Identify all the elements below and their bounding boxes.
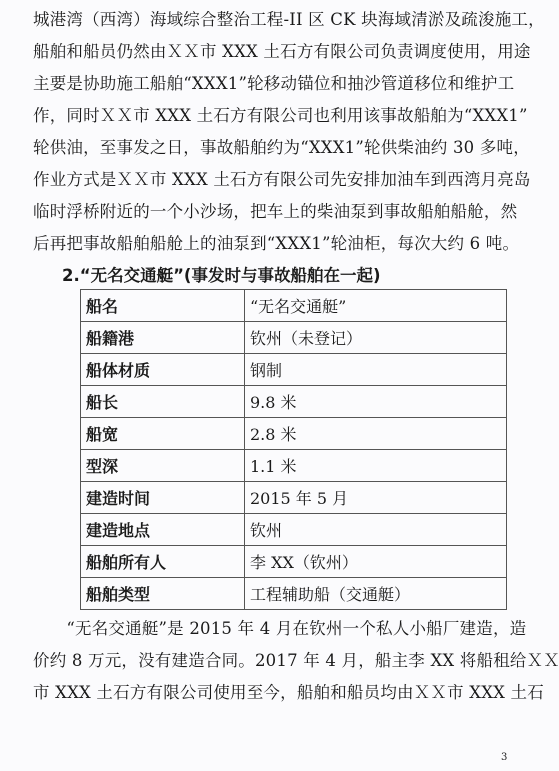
text-line: 主要是协助施工船舶“XXX1”轮移动锚位和抽沙管道移位和维护工 [33,68,511,100]
table-row: 船宽 2.8 米 [81,418,507,450]
row-key: 船名 [81,290,245,322]
row-value: 工程辅助船（交通艇） [245,578,507,610]
text-line: 轮供油，至事发之日，事故船舶约为“XXX1”轮供柴油约 30 多吨， [33,132,511,164]
row-value: 2.8 米 [245,418,507,450]
text-line: “无名交通艇”是 2015 年 4 月在钦州一个私人小船厂建造，造 [33,613,511,645]
text-line: 临时浮桥附近的一个小沙场，把车上的柴油泵到事故船舶船舱，然 [33,196,511,228]
row-key: 船体材质 [81,354,245,386]
table-row: 建造地点 钦州 [81,514,507,546]
row-key: 型深 [81,450,245,482]
row-value: 李 XX（钦州） [245,546,507,578]
row-key: 船长 [81,386,245,418]
section-heading: 2.“无名交通艇”(事发时与事故船舶在一起) [62,260,381,292]
table-row: 船体材质 钢制 [81,354,507,386]
table-row: 船长 9.8 米 [81,386,507,418]
paragraph-fuel-operations: 城港湾（西湾）海域综合整治工程-II 区 CK 块海域清淤及疏浚施工， 船舶和船… [33,4,511,260]
row-value: 1.1 米 [245,450,507,482]
text-line: 市 XXX 土石方有限公司使用至今，船舶和船员均由ＸＸ市 XXX 土石 [33,677,511,709]
row-value: 9.8 米 [245,386,507,418]
text-line: 城港湾（西湾）海域综合整治工程-II 区 CK 块海域清淤及疏浚施工， [33,4,511,36]
row-value: 钢制 [245,354,507,386]
row-value: 钦州 [245,514,507,546]
row-value: 钦州（未登记） [245,322,507,354]
table-row: 船舶类型 工程辅助船（交通艇） [81,578,507,610]
row-key: 建造地点 [81,514,245,546]
table-row: 船籍港 钦州（未登记） [81,322,507,354]
table-row: 型深 1.1 米 [81,450,507,482]
row-key: 建造时间 [81,482,245,514]
text-line: 作，同时ＸＸ市 XXX 土石方有限公司也利用该事故船舶为“XXX1” [33,100,511,132]
row-key: 船宽 [81,418,245,450]
row-key: 船舶类型 [81,578,245,610]
row-value: 2015 年 5 月 [245,482,507,514]
text-line: 后再把事故船舶船舱上的油泵到“XXX1”轮油柜，每次大约 6 吨。 [33,228,511,260]
vessel-info-table: 船名 “无名交通艇” 船籍港 钦州（未登记） 船体材质 钢制 船长 9.8 米 … [80,289,507,610]
table-row: 船舶所有人 李 XX（钦州） [81,546,507,578]
table-row: 船名 “无名交通艇” [81,290,507,322]
table-row: 建造时间 2015 年 5 月 [81,482,507,514]
row-value: “无名交通艇” [245,290,507,322]
row-key: 船籍港 [81,322,245,354]
text-line: 作业方式是ＸＸ市 XXX 土石方有限公司先安排加油车到西湾月亮岛 [33,164,511,196]
page-number: 3 [501,752,507,763]
paragraph-boat-history: “无名交通艇”是 2015 年 4 月在钦州一个私人小船厂建造，造 价约 8 万… [33,613,511,709]
text-line: 船舶和船员仍然由ＸＸ市 XXX 土石方有限公司负责调度使用，用途 [33,36,511,68]
text-line: 价约 8 万元，没有建造合同。2017 年 4 月，船主李 XX 将船租给ＸＸ [33,645,511,677]
row-key: 船舶所有人 [81,546,245,578]
